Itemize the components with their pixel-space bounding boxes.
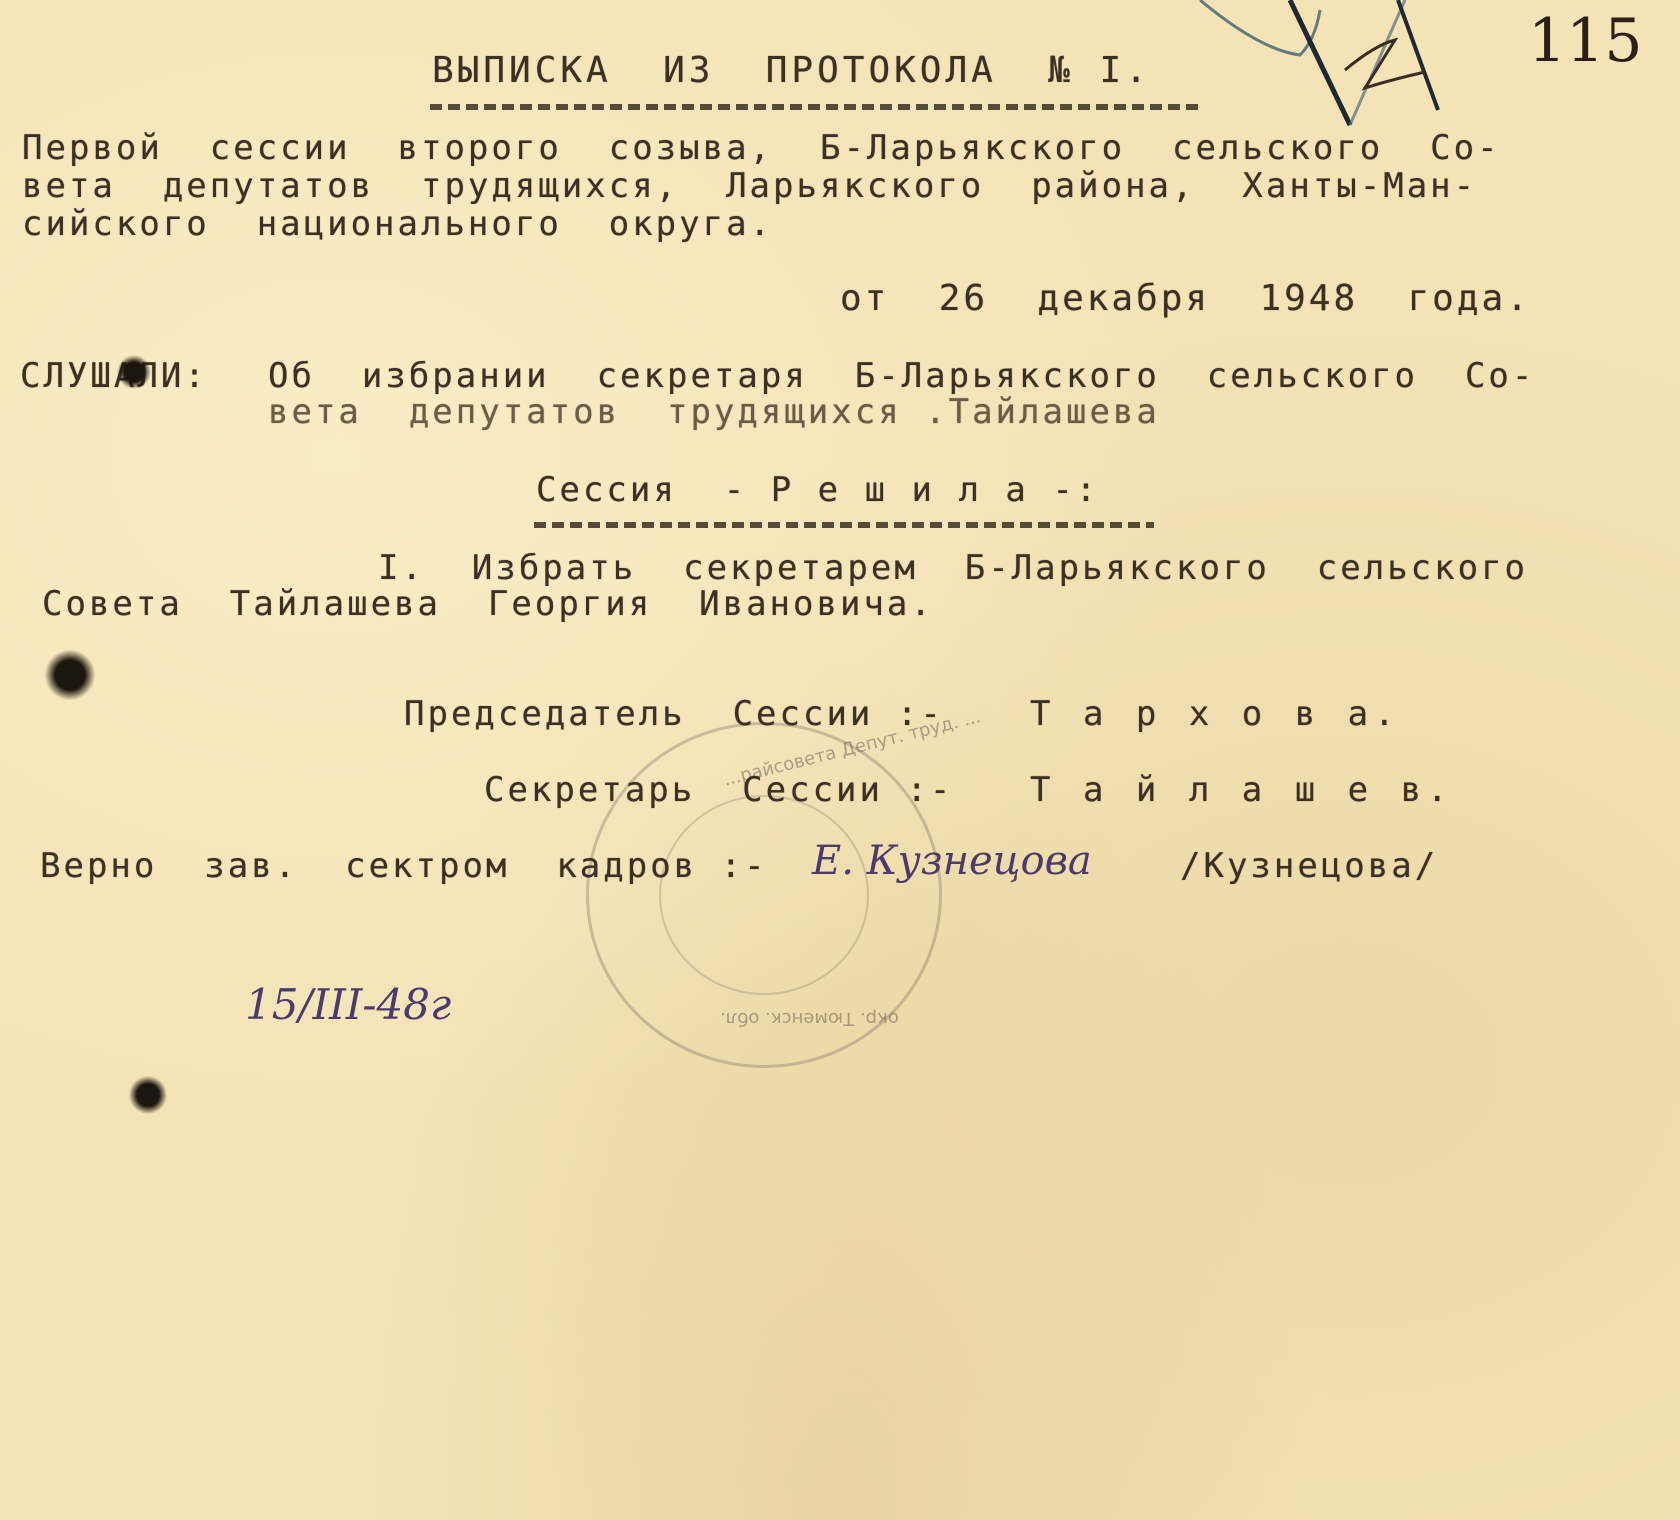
certification-typed-name: /Кузнецова/ (1180, 846, 1438, 886)
secretary-role: Секретарь Сессии :- (484, 770, 953, 810)
resolution-line-2: Совета Тайлашева Георгия Ивановича. (42, 584, 934, 624)
heard-line-2: вета депутатов трудящихся .Тайлашева (268, 392, 1160, 432)
certification-label: Верно зав. сектром кадров :- (40, 846, 768, 886)
chairman-name: Т а р х о в а. (1030, 694, 1401, 734)
pencil-check-mark-icon (1200, 0, 1500, 140)
chairman-role: Председатель Сессии :- (404, 694, 944, 734)
header-line-2: вета депутатов трудящихся, Ларьякского р… (22, 166, 1477, 206)
header-line-1: Первой сессии второго созыва, Б-Ларьякск… (22, 128, 1501, 168)
heard-label: СЛУШАЛИ: (20, 356, 208, 396)
handwritten-date: 15/III-48г (245, 980, 451, 1029)
title-underline (430, 104, 1200, 110)
document-title: ВЫПИСКА ИЗ ПРОТОКОЛА № I. (432, 50, 1151, 91)
punch-hole (40, 645, 100, 705)
resolution-heading: Сессия - Р е ш и л а -: (536, 470, 1099, 510)
secretary-name: Т а й л а ш е в. (1030, 770, 1454, 810)
resolution-underline (534, 522, 1154, 528)
heard-line-1: Об избрании секретаря Б-Ларьякского сель… (268, 356, 1535, 396)
page-number: 115 (1528, 6, 1643, 76)
punch-hole (128, 1070, 168, 1120)
archival-document-page: ВЫПИСКА ИЗ ПРОТОКОЛА № I. 115 Первой сес… (0, 0, 1680, 1520)
resolution-line-1: I. Избрать секретарем Б-Ларьякского сель… (378, 548, 1528, 588)
handwritten-signature: Е. Кузнецова (812, 838, 1092, 884)
stamp-bottom-text: окр. Тюменск. обл. (720, 1008, 899, 1029)
ink-blot (116, 350, 152, 394)
header-line-3: сийского национального округа. (22, 204, 773, 244)
document-date: от 26 декабря 1948 года. (840, 278, 1531, 319)
